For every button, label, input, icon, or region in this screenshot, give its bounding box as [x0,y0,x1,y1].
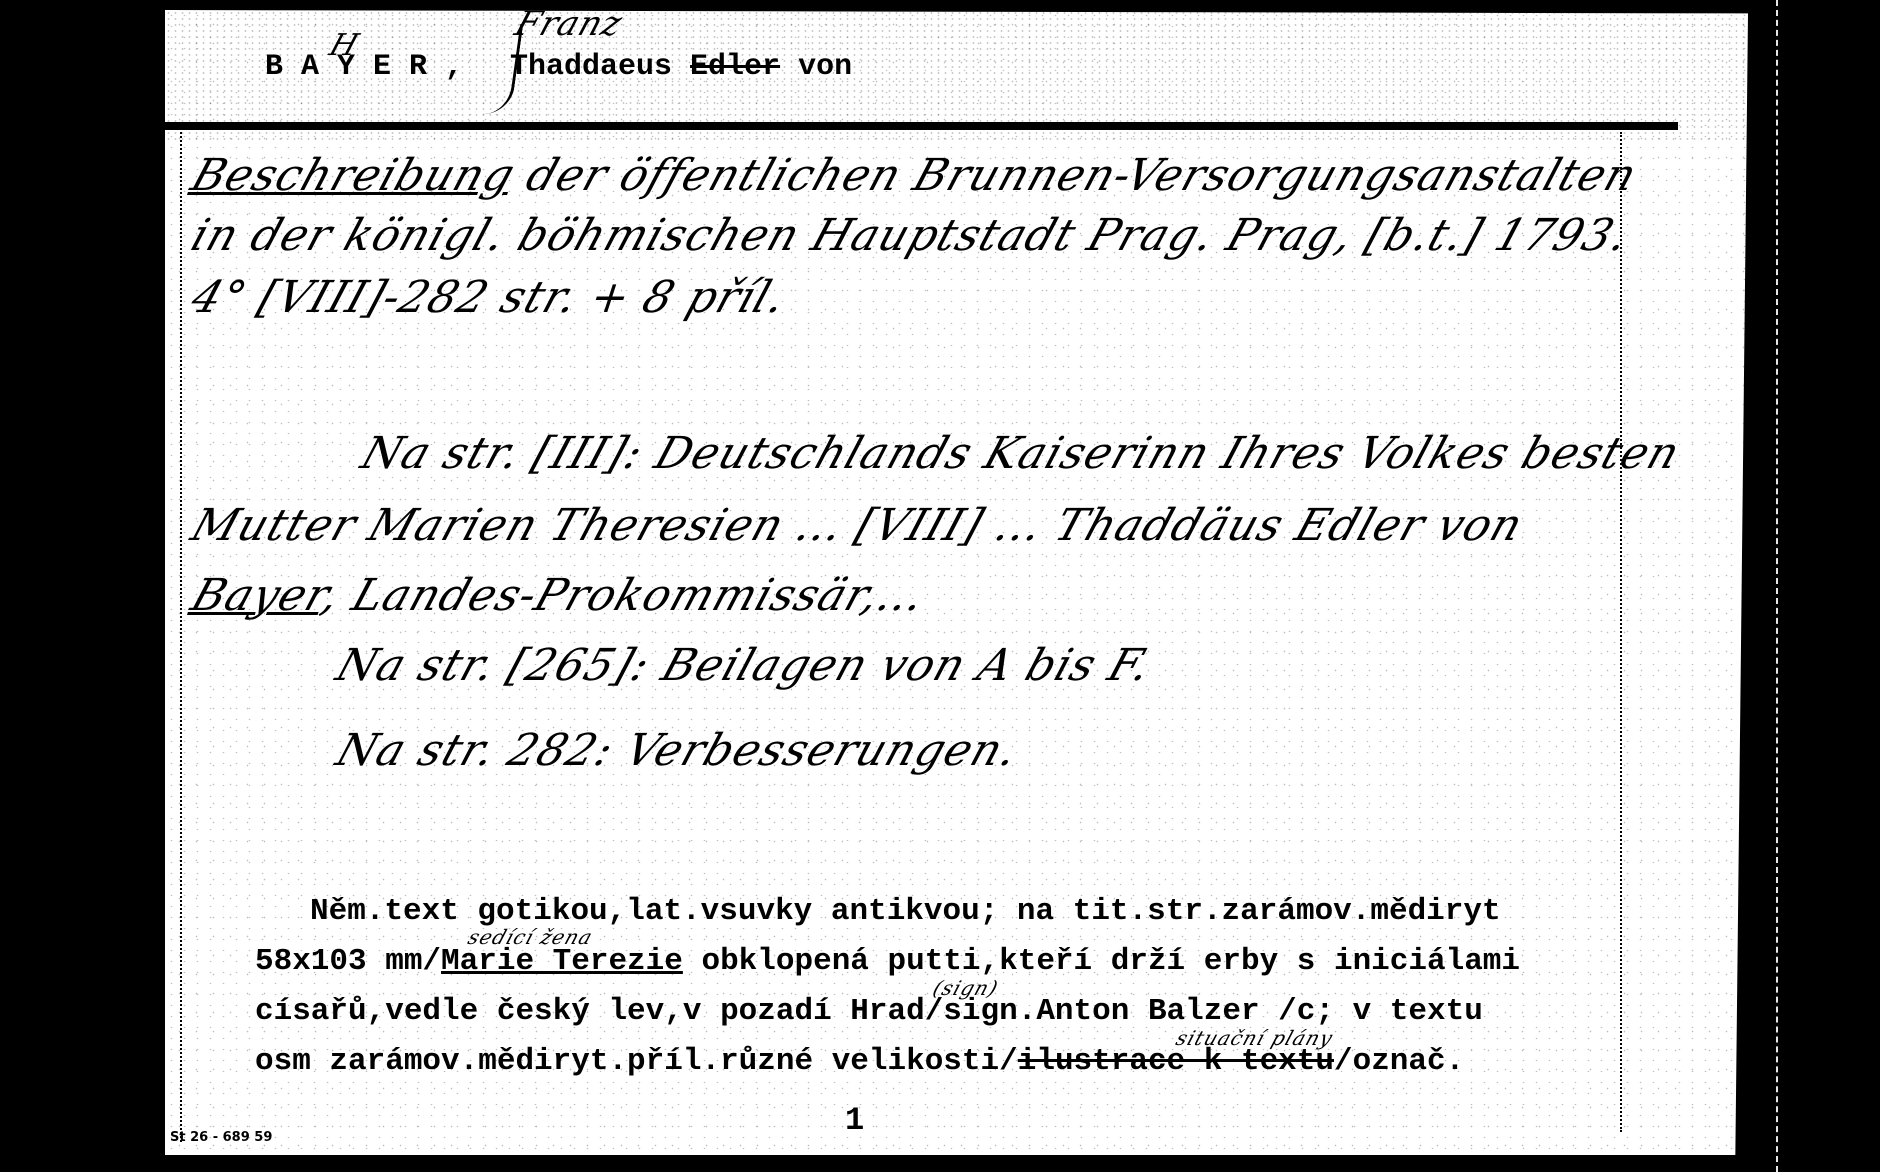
scanner-edge-line [1776,0,1778,1172]
typed-note-line-4: osm zarámov.mědiryt.příl.různé velikosti… [255,1044,1464,1079]
author-surname: B A Y E R , [265,50,463,84]
typed-note-line-2: 58x103 mm/Marie Terezie obklopená putti,… [255,944,1520,979]
handwritten-note-4: Na str. [265]: Beilagen von A bis F. [330,640,1158,691]
handwritten-note-2: Mutter Marien Theresien ... [VIII] ... T… [185,500,1530,551]
footer-code: St 26 - 689 59 [170,1130,272,1145]
right-margin-rule [1620,132,1622,1132]
note-author-role: , Landes-Prokommissär,... [316,570,932,621]
handwritten-title-line-2: in der königl. böhmischen Hauptstadt Pra… [185,210,1636,261]
given-name: Thaddaeus [510,50,672,84]
catalog-card: H B A Y E R , Franz Thaddaeus Edler von … [165,10,1748,1155]
handwritten-collation: 4° [VIII]-282 str. + 8 příl. [185,272,793,323]
handwritten-title-line-1: Beschreibung der öffentlichen Brunnen-Ve… [185,150,1644,201]
heading-rule [165,122,1678,130]
note-author-name: Bayer [185,570,332,621]
title-keyword: Beschreibung [185,150,522,201]
line-2-rest: obklopená putti,kteří drží erby s iniciá… [683,944,1520,979]
nobility-particle: von [798,50,852,84]
handwritten-note-1: Na str. [III]: Deutschlands Kaiserinn Ih… [355,428,1687,479]
dimensions: 58x103 mm/ [255,944,441,979]
line-4-end: /označ. [1334,1044,1464,1079]
struck-text: Marie Terezie [441,944,683,979]
handwritten-given-name-insert: Franz [510,4,628,44]
typed-note-line-3: císařů,vedle český lev,v pozadí Hrad/sig… [255,994,1483,1029]
author-given-name: Thaddaeus Edler von [510,50,852,84]
handwritten-note-5: Na str. 282: Verbesserungen. [330,725,1025,776]
struck-text: ilustrace k textu [1018,1044,1334,1079]
typed-note-line-1: Něm.text gotikou,lat.vsuvky antikvou; na… [310,894,1501,929]
handwritten-note-3: Bayer, Landes-Prokommissär,... [185,570,932,621]
left-margin-rule [180,132,182,1142]
page-number: 1 [845,1102,864,1139]
struck-title: Edler [690,50,780,84]
line-4-start: osm zarámov.mědiryt.příl.různé velikosti… [255,1044,1018,1079]
title-rest: der öffentlichen Brunnen-Versorgungsanst… [505,150,1644,201]
